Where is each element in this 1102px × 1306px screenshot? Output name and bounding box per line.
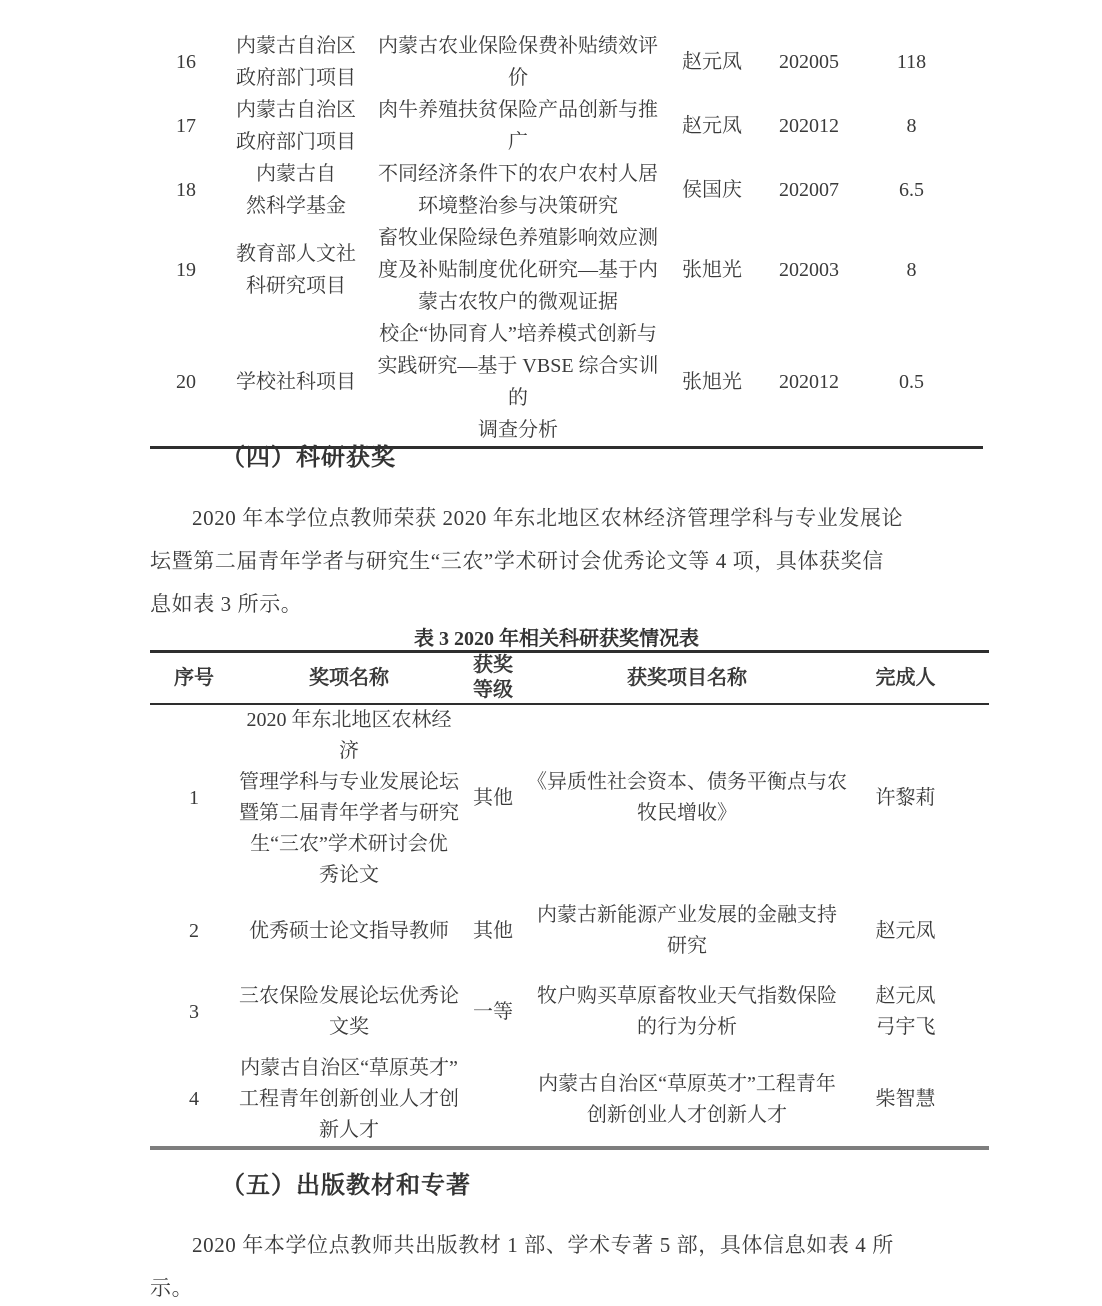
project-date: 202003: [758, 222, 860, 318]
award-name: 优秀硕士论文指导教师: [238, 891, 460, 971]
table-row: 17 内蒙古自治区 政府部门项目 肉牛养殖扶贫保险产品创新与推 广 赵元凤 20…: [150, 94, 983, 158]
project-name: 畜牧业保险绿色养殖影响效应测 度及补贴制度优化研究—基于内 蒙古农牧户的微观证据: [370, 222, 666, 318]
award-no: 1: [150, 704, 238, 891]
header-person: 完成人: [848, 652, 989, 705]
header-no: 序号: [150, 652, 238, 705]
project-date: 202005: [758, 30, 860, 94]
award-name: 内蒙古自治区“草原英才” 工程青年创新创业人才创 新人才: [238, 1053, 460, 1148]
award-person: 许黎莉: [848, 704, 989, 891]
project-date: 202012: [758, 94, 860, 158]
header-level: 获奖 等级: [460, 652, 526, 705]
table-row: 19 教育部人文社 科研究项目 畜牧业保险绿色养殖影响效应测 度及补贴制度优化研…: [150, 222, 983, 318]
project-amount: 0.5: [860, 318, 983, 448]
project-type: 内蒙古自治区 政府部门项目: [222, 30, 370, 94]
project-date: 202007: [758, 158, 860, 222]
project-person: 张旭光: [666, 318, 758, 448]
award-person: 赵元凤 弓宇飞: [848, 971, 989, 1053]
project-person: 赵元凤: [666, 94, 758, 158]
award-project: 内蒙古新能源产业发展的金融支持 研究: [526, 891, 848, 971]
award-project: 牧户购买草原畜牧业天气指数保险 的行为分析: [526, 971, 848, 1053]
award-level: 其他: [460, 891, 526, 971]
project-person: 赵元凤: [666, 30, 758, 94]
section-5-paragraph: 2020 年本学位点教师共出版教材 1 部、学术专著 5 部，具体信息如表 4 …: [150, 1224, 950, 1306]
table-row: 1 2020 年东北地区农林经济 管理学科与专业发展论坛 暨第二届青年学者与研究…: [150, 704, 989, 891]
project-no: 17: [150, 94, 222, 158]
project-type: 内蒙古自 然科学基金: [222, 158, 370, 222]
awards-table: 序号 奖项名称 获奖 等级 获奖项目名称 完成人 1 2020 年东北地区农林经…: [150, 650, 989, 1150]
project-type: 内蒙古自治区 政府部门项目: [222, 94, 370, 158]
table-row: 18 内蒙古自 然科学基金 不同经济条件下的农户农村人居 环境整治参与决策研究 …: [150, 158, 983, 222]
award-name: 2020 年东北地区农林经济 管理学科与专业发展论坛 暨第二届青年学者与研究 生…: [238, 704, 460, 891]
project-name: 内蒙古农业保险保费补贴绩效评 价: [370, 30, 666, 94]
project-date: 202012: [758, 318, 860, 448]
section-5-heading: （五）出版教材和专著: [221, 1165, 471, 1200]
project-amount: 8: [860, 94, 983, 158]
table-3-caption: 表 3 2020 年相关科研获奖情况表: [150, 622, 963, 651]
project-amount: 8: [860, 222, 983, 318]
project-name: 不同经济条件下的农户农村人居 环境整治参与决策研究: [370, 158, 666, 222]
table-row: 4 内蒙古自治区“草原英才” 工程青年创新创业人才创 新人才 内蒙古自治区“草原…: [150, 1053, 989, 1148]
section-4-heading: （四）科研获奖: [221, 437, 396, 472]
award-level: [460, 1053, 526, 1148]
project-type: 教育部人文社 科研究项目: [222, 222, 370, 318]
award-name: 三农保险发展论坛优秀论 文奖: [238, 971, 460, 1053]
award-level: 其他: [460, 704, 526, 891]
projects-table: 16 内蒙古自治区 政府部门项目 内蒙古农业保险保费补贴绩效评 价 赵元凤 20…: [150, 30, 983, 449]
table-row: 16 内蒙古自治区 政府部门项目 内蒙古农业保险保费补贴绩效评 价 赵元凤 20…: [150, 30, 983, 94]
header-project: 获奖项目名称: [526, 652, 848, 705]
table-header-row: 序号 奖项名称 获奖 等级 获奖项目名称 完成人: [150, 652, 989, 705]
project-no: 18: [150, 158, 222, 222]
project-type: 学校社科项目: [222, 318, 370, 448]
project-person: 侯国庆: [666, 158, 758, 222]
award-level: 一等: [460, 971, 526, 1053]
project-person: 张旭光: [666, 222, 758, 318]
project-no: 20: [150, 318, 222, 448]
table-row: 3 三农保险发展论坛优秀论 文奖 一等 牧户购买草原畜牧业天气指数保险 的行为分…: [150, 971, 989, 1053]
award-person: 赵元凤: [848, 891, 989, 971]
award-person: 柴智慧: [848, 1053, 989, 1148]
award-project: 内蒙古自治区“草原英才”工程青年 创新创业人才创新人才: [526, 1053, 848, 1148]
section-4-paragraph: 2020 年本学位点教师荣获 2020 年东北地区农林经济管理学科与专业发展论 …: [150, 497, 950, 626]
project-amount: 118: [860, 30, 983, 94]
header-award: 奖项名称: [238, 652, 460, 705]
project-amount: 6.5: [860, 158, 983, 222]
project-name: 校企“协同育人”培养模式创新与 实践研究—基于 VBSE 综合实训的 调查分析: [370, 318, 666, 448]
table-row: 20 学校社科项目 校企“协同育人”培养模式创新与 实践研究—基于 VBSE 综…: [150, 318, 983, 448]
award-no: 3: [150, 971, 238, 1053]
project-no: 19: [150, 222, 222, 318]
award-no: 2: [150, 891, 238, 971]
award-no: 4: [150, 1053, 238, 1148]
project-no: 16: [150, 30, 222, 94]
award-project: 《异质性社会资本、债务平衡点与农 牧民增收》: [526, 704, 848, 891]
table-row: 2 优秀硕士论文指导教师 其他 内蒙古新能源产业发展的金融支持 研究 赵元凤: [150, 891, 989, 971]
project-name: 肉牛养殖扶贫保险产品创新与推 广: [370, 94, 666, 158]
